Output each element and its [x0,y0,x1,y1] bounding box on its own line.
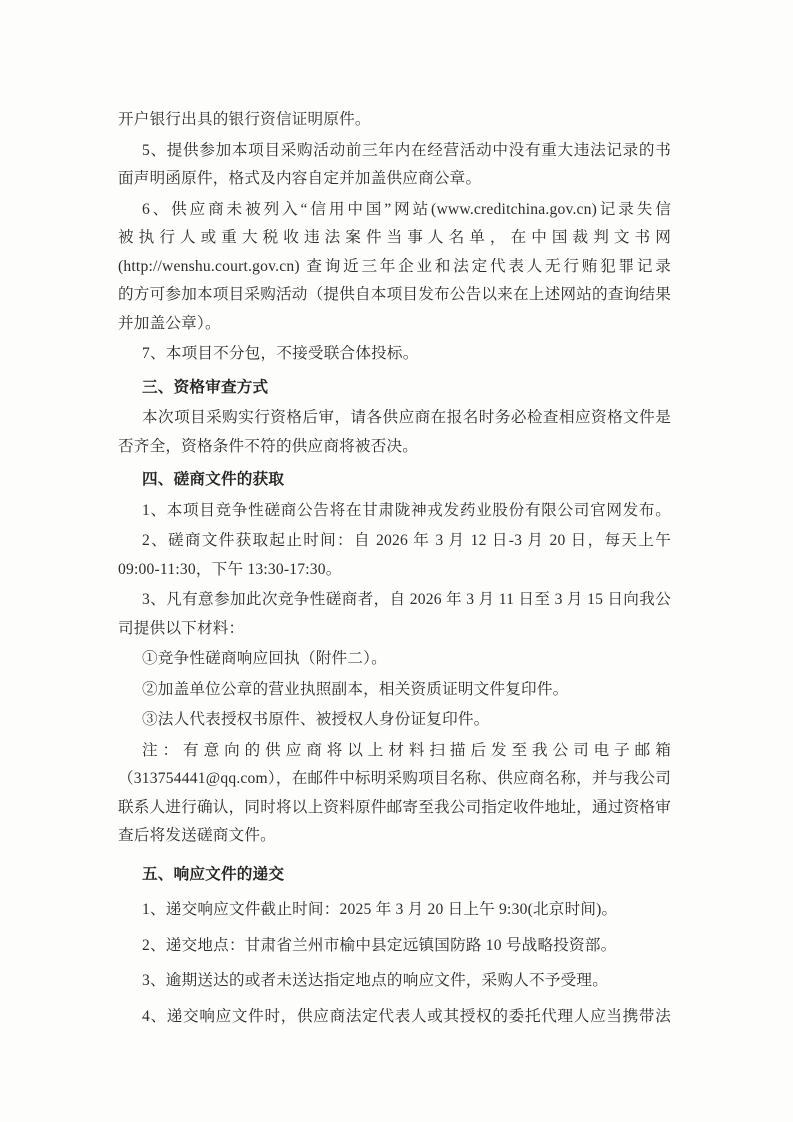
document-line: 本次项目采购实行资格后审，请各供应商在报名时务必检查相应资格文件是 [118,404,671,433]
document-line: 6、供应商未被列入“信用中国”网站(www.creditchina.gov.cn… [118,196,671,225]
document-line: 3、逾期送达的或者未送达指定地点的响应文件，采购人不予受理。 [118,967,671,996]
document-line: 2、递交地点：甘肃省兰州市榆中县定远镇国防路 10 号战略投资部。 [118,932,671,961]
document-line: 查后将发送磋商文件。 [118,822,671,851]
section-heading: 三、资格审查方式 [118,374,671,403]
document-line: 5、提供参加本项目采购活动前三年内在经营活动中没有重大违法记录的书 [118,137,671,166]
document-page: 开户银行出具的银行资信证明原件。5、提供参加本项目采购活动前三年内在经营活动中没… [0,0,793,1122]
document-line: 被执行人或重大税收违法案件当事人名单，在中国裁判文书网 [118,224,671,253]
section-heading: 四、磋商文件的获取 [118,466,671,495]
document-line: 09:00-11:30，下午 13:30-17:30。 [118,556,671,585]
document-line: （313754441@qq.com），在邮件中标明采购项目名称、供应商名称，并与… [118,765,671,794]
document-line: 注：有意向的供应商将以上材料扫描后发至我公司电子邮箱 [118,737,671,766]
document-line: 7、本项目不分包，不接受联合体投标。 [118,340,671,369]
document-line: 2、磋商文件获取起止时间：自 2026 年 3 月 12 日-3 月 20 日，… [118,527,671,556]
document-line: 1、本项目竞争性磋商公告将在甘肃陇神戎发药业股份有限公司官网发布。 [118,497,671,526]
section-heading: 五、响应文件的递交 [118,861,671,890]
document-line: 面声明函原件，格式及内容自定并加盖供应商公章。 [118,165,671,194]
document-line: 否齐全，资格条件不符的供应商将被否决。 [118,433,671,462]
document-line: 4、递交响应文件时，供应商法定代表人或其授权的委托代理人应当携带法 [118,1003,671,1032]
document-line: (http://wenshu.court.gov.cn) 查询近三年企业和法定代… [118,253,671,282]
document-line: 1、递交响应文件截止时间：2025 年 3 月 20 日上午 9:30(北京时间… [118,896,671,925]
document-line: 并加盖公章）。 [118,310,671,339]
document-line: 3、凡有意参加此次竞争性磋商者，自 2026 年 3 月 11 日至 3 月 1… [118,586,671,615]
document-text-block: 开户银行出具的银行资信证明原件。5、提供参加本项目采购活动前三年内在经营活动中没… [118,106,671,1031]
document-line: 的方可参加本项目采购活动（提供自本项目发布公告以来在上述网站的查询结果 [118,281,671,310]
document-line: 司提供以下材料： [118,615,671,644]
document-line: ①竞争性磋商响应回执（附件二）。 [118,645,671,674]
document-line: ②加盖单位公章的营业执照副本，相关资质证明文件复印件。 [118,676,671,705]
document-line: 联系人进行确认，同时将以上资料原件邮寄至我公司指定收件地址，通过资格审 [118,794,671,823]
document-line: ③法人代表授权书原件、被授权人身份证复印件。 [118,706,671,735]
document-line: 开户银行出具的银行资信证明原件。 [118,106,671,135]
